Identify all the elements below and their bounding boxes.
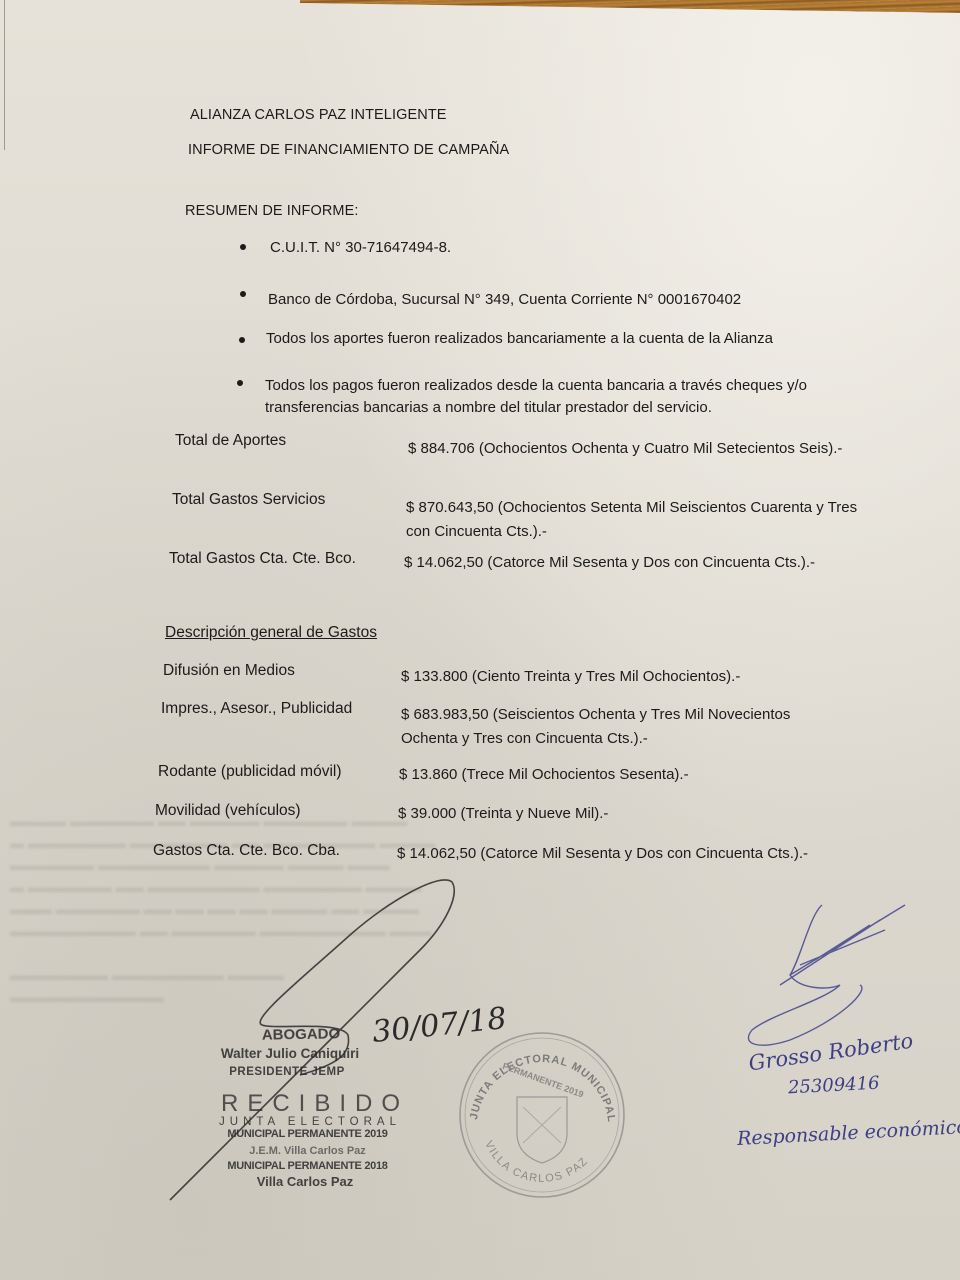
expense-label: Gastos Cta. Cte. Bco. Cba. [153, 842, 340, 860]
expense-value: $ 683.983,50 (Seiscientos Ochenta y Tres… [401, 703, 846, 751]
stamp-lawyer-role: PRESIDENTE JEMP [212, 1066, 362, 1078]
total-value: $ 884.706 (Ochocientos Ochenta y Cuatro … [408, 437, 878, 461]
report-title: INFORME DE FINANCIAMIENTO DE CAMPAÑA [188, 142, 509, 158]
stamp-received-line3: J.E.M. Villa Carlos Paz [205, 1145, 410, 1157]
expense-label: Rodante (publicidad móvil) [158, 763, 342, 781]
total-label: Total de Aportes [175, 432, 286, 450]
back-page-show-through: ▬▬▬▬ ▬▬▬▬▬▬ ▬▬ ▬▬▬▬▬ ▬▬▬▬▬▬ ▬▬▬▬ ▬ ▬▬▬▬▬… [10, 810, 530, 1008]
expenses-heading: Descripción general de Gastos [165, 624, 377, 642]
stamp-received-line1: JUNTA ELECTORAL [210, 1116, 410, 1128]
expense-label: Impres., Asesor., Publicidad [161, 700, 352, 718]
stamp-lawyer-title: ABOGADO [246, 1025, 356, 1044]
svg-text:JUNTA ELECTORAL MUNICIPAL: JUNTA ELECTORAL MUNICIPAL [468, 1053, 617, 1123]
stamp-lawyer-name: Walter Julio Caniquiri [200, 1046, 380, 1061]
expense-label: Movilidad (vehículos) [155, 802, 301, 820]
expense-value: $ 14.062,50 (Catorce Mil Sesenta y Dos c… [397, 842, 937, 866]
electoral-seal: JUNTA ELECTORAL MUNICIPAL PERMANENTE 201… [455, 1025, 630, 1200]
bullet-text-cuit: C.U.I.T. N° 30-71647494-8. [270, 239, 451, 256]
bullet-icon [237, 380, 243, 386]
expense-label: Difusión en Medios [163, 662, 295, 680]
expense-value: $ 133.800 (Ciento Treinta y Tres Mil Och… [401, 665, 871, 689]
coat-of-arms-icon [517, 1097, 567, 1163]
expense-value: $ 13.860 (Trece Mil Ochocientos Sesenta)… [399, 763, 869, 787]
total-label: Total Gastos Cta. Cte. Bco. [169, 550, 356, 568]
stamp-received-line2: MUNICIPAL PERMANENTE 2019 [205, 1128, 410, 1140]
seal-top-text: JUNTA ELECTORAL MUNICIPAL [468, 1053, 617, 1123]
total-label: Total Gastos Servicios [172, 491, 325, 509]
bullet-icon [240, 244, 246, 250]
summary-heading: RESUMEN DE INFORME: [185, 203, 359, 219]
bullet-text-contributions: Todos los aportes fueron realizados banc… [266, 330, 773, 347]
stamp-received-title: RECIBIDO [215, 1090, 415, 1118]
stamp-received-line5: Villa Carlos Paz [240, 1174, 370, 1189]
paper-edge-line [4, 0, 5, 150]
total-value: $ 14.062,50 (Catorce Mil Sesenta y Dos c… [404, 551, 874, 575]
bullet-icon [239, 337, 245, 343]
stamp-received-line4: MUNICIPAL PERMANENTE 2018 [210, 1160, 405, 1172]
organization-name: ALIANZA CARLOS PAZ INTELIGENTE [190, 107, 447, 123]
total-value: $ 870.643,50 (Ochocientos Setenta Mil Se… [406, 496, 871, 544]
bullet-text-bank: Banco de Córdoba, Sucursal N° 349, Cuent… [268, 291, 741, 308]
expense-value: $ 39.000 (Treinta y Nueve Mil).- [398, 802, 868, 826]
bullet-text-payments: Todos los pagos fueron realizados desde … [265, 375, 865, 419]
bullet-icon [240, 291, 246, 297]
